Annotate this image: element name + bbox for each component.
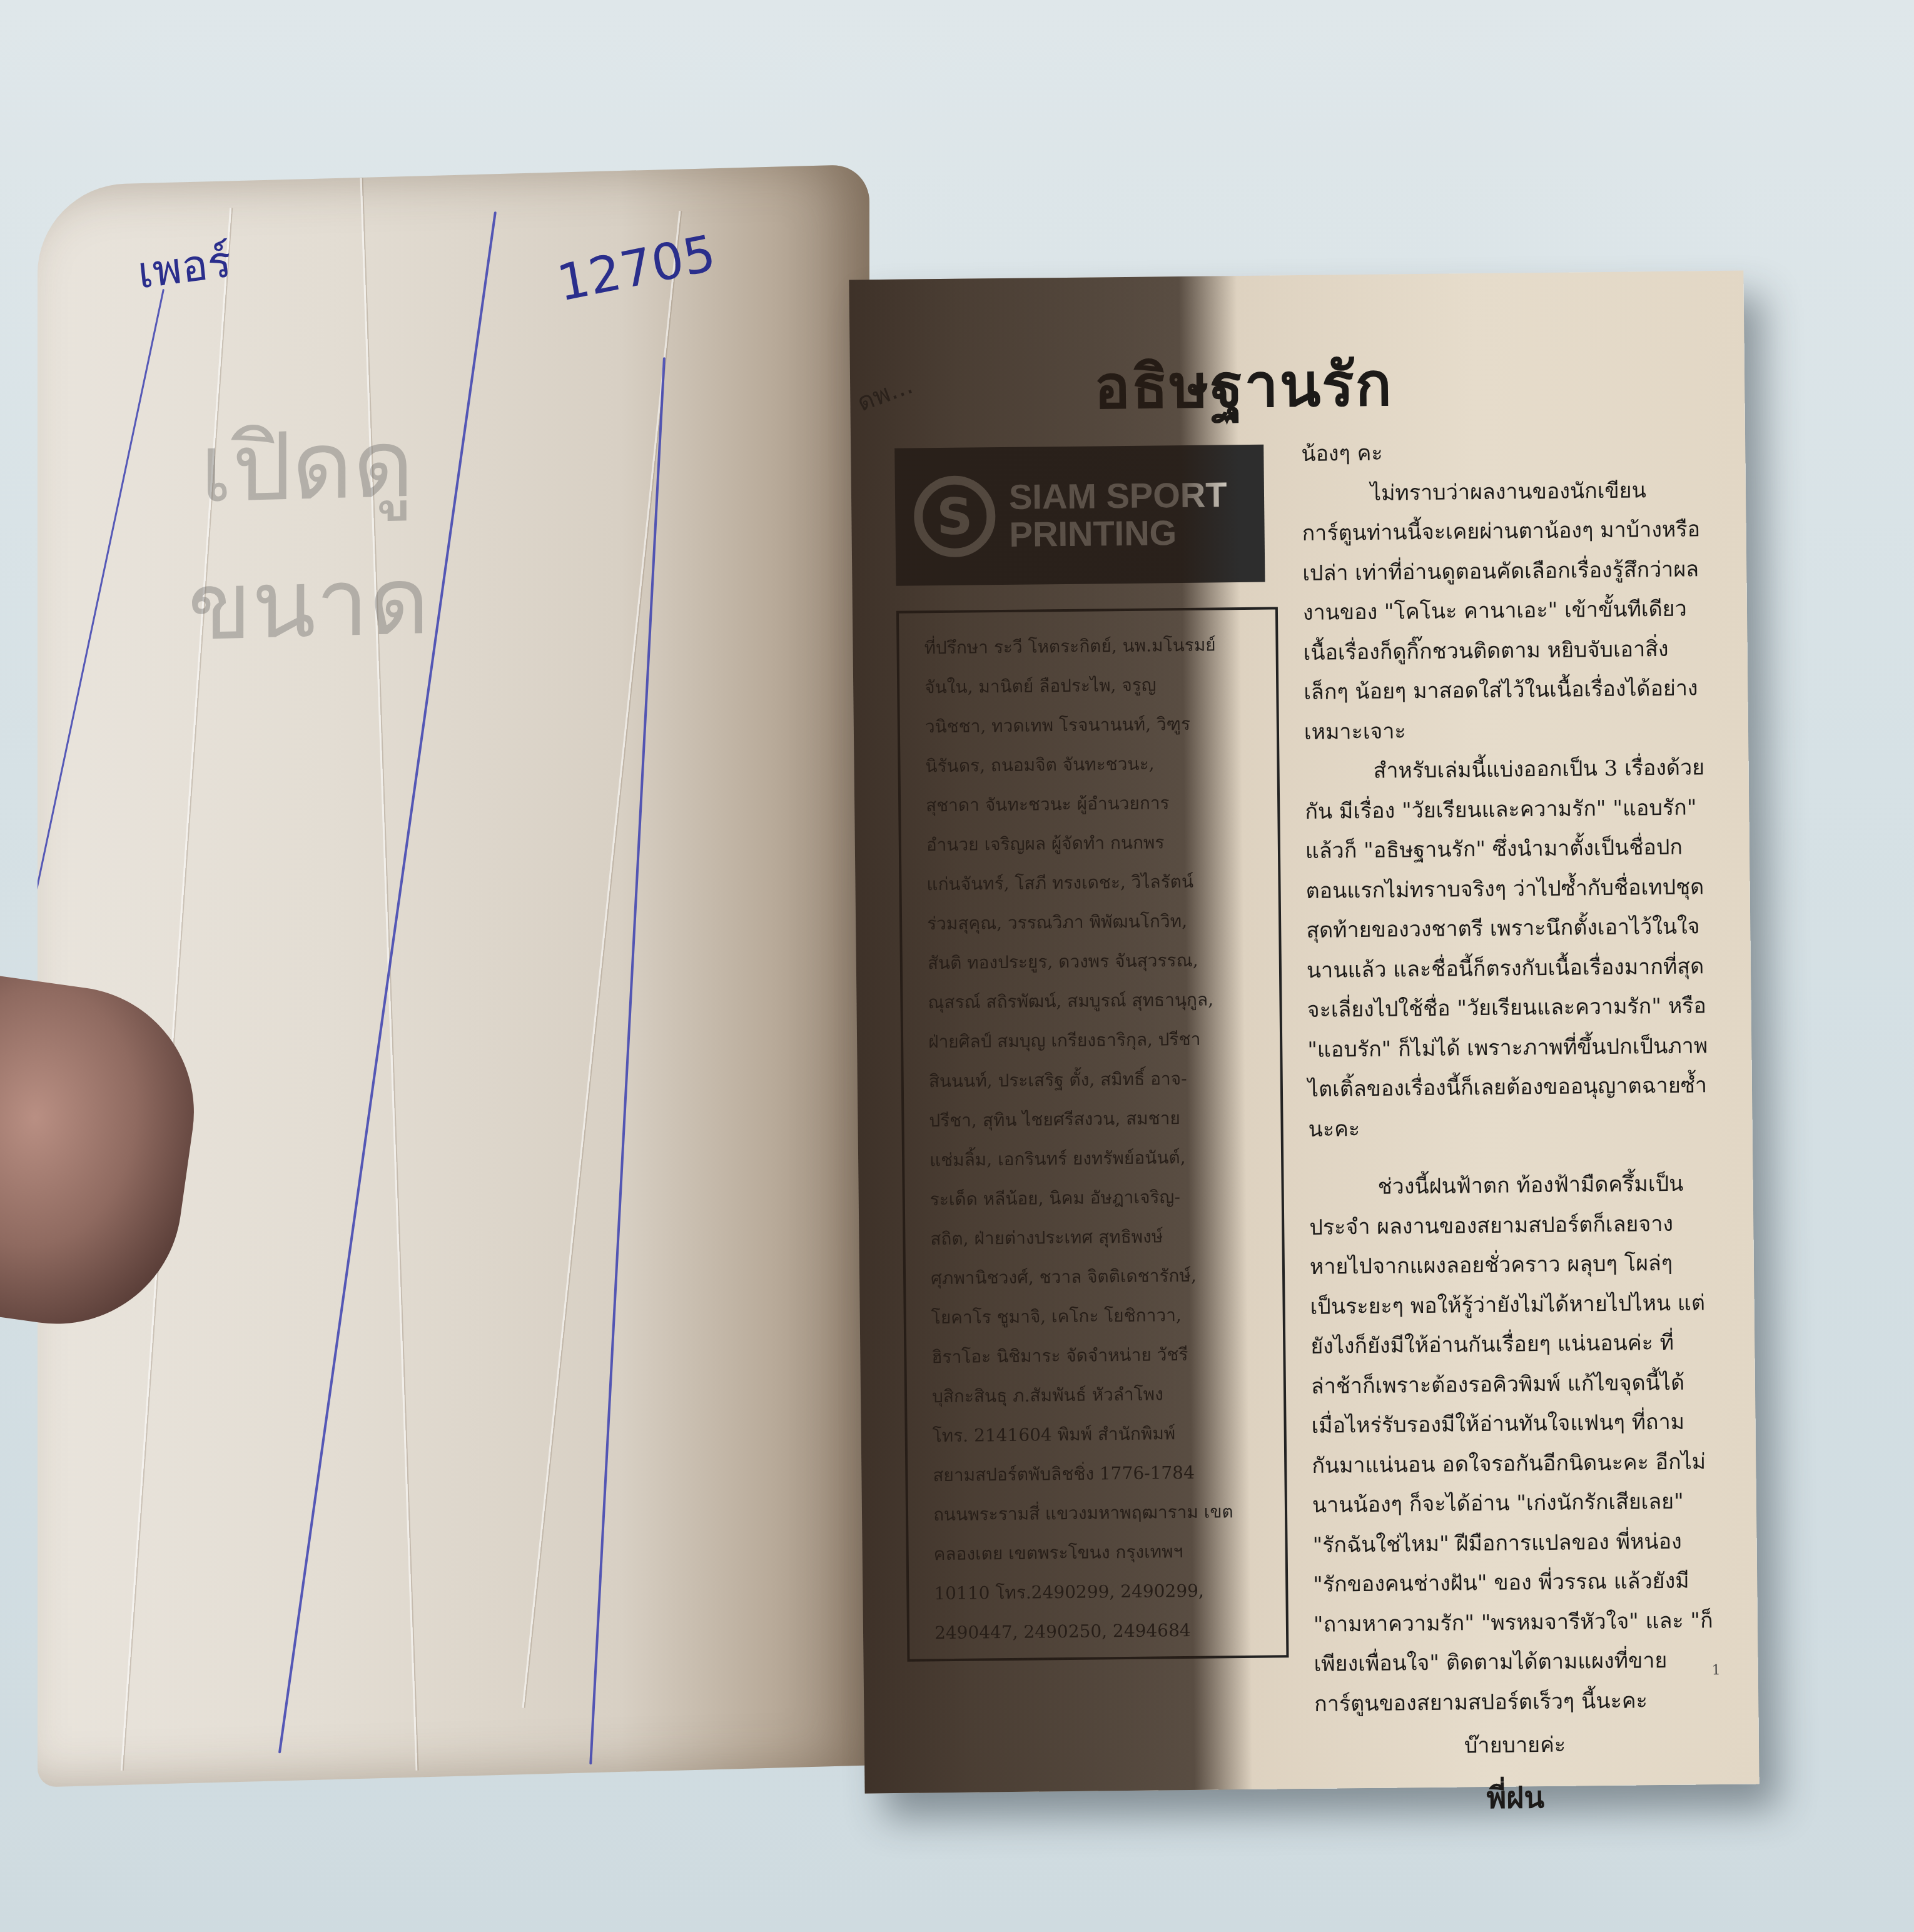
letter-paragraph: ช่วงนี้ฝนฟ้าตก ท้องฟ้ามืดครึ้มเป็นประจำ …: [1309, 1164, 1714, 1724]
logo-line-2: PRINTING: [1009, 513, 1227, 554]
right-page: ดพ... อธิษฐานรัก S SIAM SPORT PRINTING ท…: [849, 271, 1759, 1794]
credit-line: บุสิกะสินธุ ภ.สัมพันธ์ หัวลำโพง: [932, 1373, 1259, 1416]
credit-line: ฮิราโอะ นิชิมาระ จัดจำหน่าย วัชรี: [931, 1334, 1258, 1377]
credit-line: สินนนท์, ประเสริฐ ตั้ง, สมิทธิ์ อาจ-: [928, 1058, 1255, 1101]
left-page: เพอร์ 12705 เปิดดู ขนาด: [38, 164, 869, 1788]
credit-line: ถนนพระรามสี่ แขวงมหาพฤฒาราม เขต: [933, 1492, 1260, 1534]
credit-line: โทร. 2141604 พิมพ์ สำนักพิมพ์: [932, 1413, 1259, 1455]
credit-line: ฝ่ายศิลป์ สมบุญ เกรียงธาริกุล, ปรีชา: [928, 1019, 1255, 1061]
credit-line: ระเด็ด หลีน้อย, นิคม อัษฎาเจริญ-: [929, 1176, 1257, 1219]
pencil-writing: ขนาด: [188, 526, 430, 681]
credit-line: ณุสรณ์ สถิรพัฒน์, สมบูรณ์ สุทธานุกูล,: [928, 979, 1255, 1022]
credit-line: นิรันดร, ถนอมจิต จันทะชวนะ,: [925, 743, 1252, 786]
credit-line: อำนวย เจริญผล ผู้จัดทำ กนกพร: [926, 822, 1253, 864]
credit-line: สถิต, ฝ่ายต่างประเทศ สุทธิพงษ์: [930, 1216, 1257, 1258]
credit-line: โยคาโร ชูมาจิ, เคโกะ โยชิกาวา,: [931, 1295, 1258, 1337]
publisher-logo: S SIAM SPORT PRINTING: [894, 445, 1265, 586]
pencil-writing: เปิดดู: [200, 389, 413, 544]
credit-line: ปรีชา, สุทิน ไชยศรีสงวน, สมชาย: [929, 1098, 1256, 1140]
margin-scribble: ดพ...: [851, 365, 918, 422]
letter-paragraph: สำหรับเล่มนี้แบ่งออกเป็น 3 เรื่องด้วยกัน…: [1304, 748, 1709, 1150]
letter-signature: พี่ฝน: [1315, 1776, 1716, 1820]
handwritten-note: เพอร์: [134, 226, 235, 308]
credit-line: 2490447, 2490250, 2494684: [934, 1610, 1262, 1652]
credit-line: สยามสปอร์ตพับลิชชิ่ง 1776-1784: [933, 1452, 1260, 1495]
credit-line: จันใน, มานิตย์ ลือประไพ, จรูญ: [924, 664, 1252, 707]
blue-pen-line: [589, 357, 666, 1764]
letter-salutation: น้องๆ คะ: [1301, 430, 1702, 474]
page-number: 1: [1712, 1662, 1721, 1678]
credit-line: สันติ ทองประยูร, ดวงพร จันสุวรรณ,: [927, 940, 1254, 983]
photo-scene: เพอร์ 12705 เปิดดู ขนาด ดพ... อธิษฐานรัก…: [0, 0, 1914, 1932]
credit-line: 10110 โทร.2490299, 2490299,: [934, 1570, 1261, 1613]
credit-line: แช่มลิ้ม, เอกรินทร์ ยงทรัพย์อนันต์,: [929, 1137, 1257, 1180]
credit-line: คลองเตย เขตพระโขนง กรุงเทพฯ: [933, 1531, 1260, 1574]
credits-box: ที่ปรึกษา ระวี โหตระกิตย์, นพ.มโนรมย์ จั…: [896, 607, 1289, 1661]
credit-line: ศุภพานิชวงศ์, ชวาล จิตติเดชารักษ์,: [931, 1255, 1258, 1298]
letter-paragraph: ไม่ทราบว่าผลงานของนักเขียนการ์ตูนท่านนี้…: [1302, 470, 1705, 752]
credit-line: ที่ปรึกษา ระวี โหตระกิตย์, นพ.มโนรมย์: [924, 625, 1251, 667]
paper-crease: [522, 211, 681, 1708]
credit-line: แก่นจันทร์, โสภี ทรงเดชะ, วิไลรัตน์: [926, 861, 1253, 904]
letter-sign-off: บ๊ายบายค่ะ: [1315, 1724, 1716, 1768]
logo-line-1: SIAM SPORT: [1009, 476, 1227, 516]
credit-line: ร่วมสุคุณ, วรรณวิภา พิพัฒนโกวิท,: [927, 901, 1254, 943]
page-title: อธิษฐานรัก: [1093, 336, 1393, 435]
credit-line: สุชาดา จันทะชวนะ ผู้อำนวยการ: [926, 782, 1253, 825]
publisher-name: SIAM SPORT PRINTING: [1009, 476, 1228, 554]
editor-letter: น้องๆ คะ ไม่ทราบว่าผลงานของนักเขียนการ์ต…: [1301, 430, 1716, 1820]
credit-line: วนิชชา, ทวดเทพ โรจนานนท์, วิฑูร: [925, 704, 1252, 746]
handwritten-number: 12705: [553, 224, 720, 313]
siam-sport-logo-icon: S: [914, 475, 996, 557]
